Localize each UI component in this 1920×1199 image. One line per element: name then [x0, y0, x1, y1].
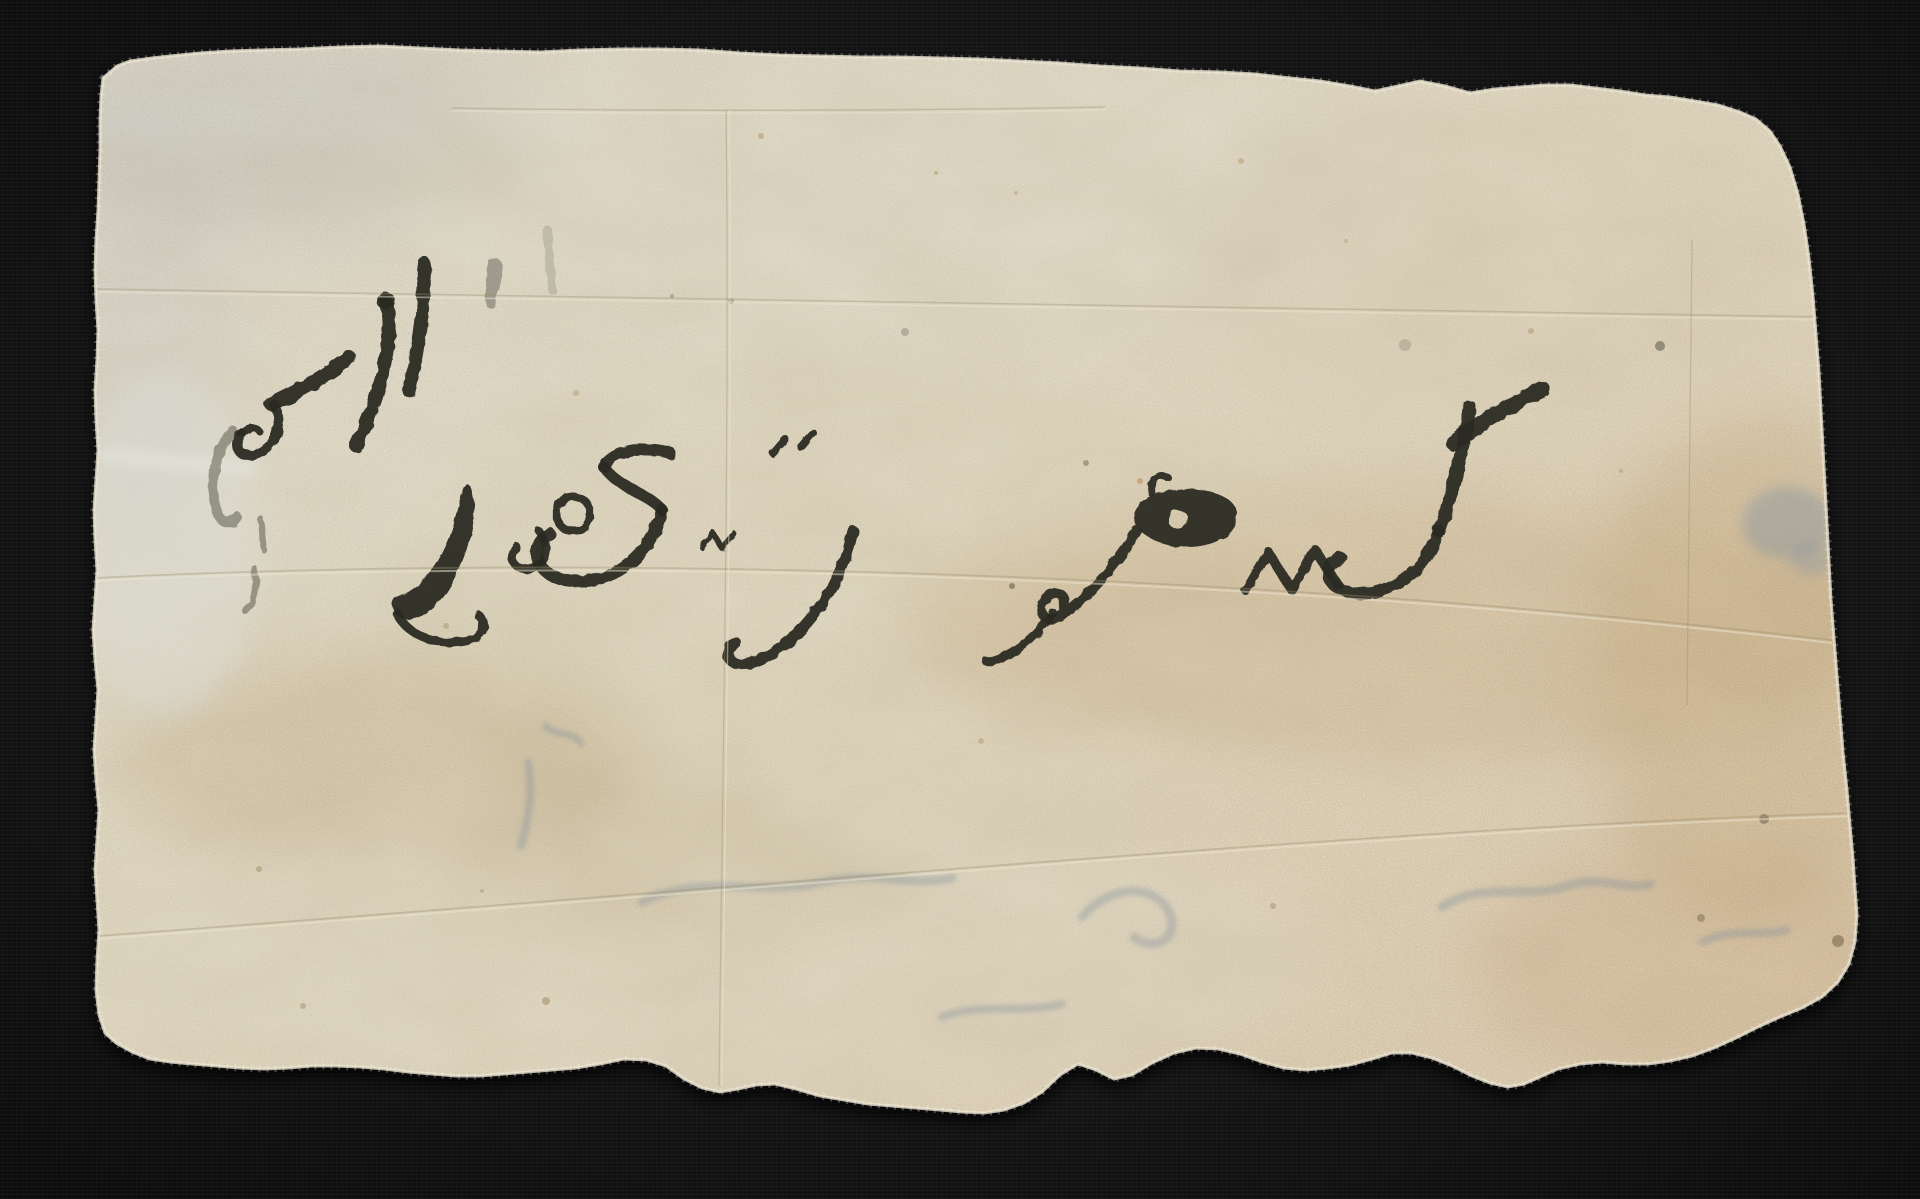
foxing-speck: [670, 294, 674, 298]
foxing-speck: [1528, 328, 1534, 334]
paper-fragment: [40, 30, 1920, 1150]
foxing-speck: [1619, 469, 1623, 473]
foxing-speck: [1697, 914, 1705, 922]
foxing-speck: [542, 997, 550, 1005]
paper-texture-grain: [60, 30, 1880, 1150]
foxing-speck: [978, 738, 984, 744]
foxing-speck: [1399, 339, 1411, 351]
foxing-speck: [443, 623, 449, 629]
foxing-speck: [1344, 239, 1348, 243]
foxing-speck: [1655, 341, 1665, 351]
foxing-speck: [1137, 478, 1143, 484]
foxing-speck: [1832, 935, 1844, 947]
foxing-speck: [1238, 158, 1244, 164]
foxing-speck: [1009, 583, 1015, 589]
foxing-speck: [901, 328, 909, 336]
foxing-speck: [256, 866, 262, 872]
faint-pen-mark: [260, 518, 264, 550]
foxing-speck: [1083, 460, 1089, 466]
manuscript-photo: Aged paper fragment with Arabic calligra…: [0, 0, 1920, 1199]
ink-trace-streak: [547, 230, 552, 290]
foxing-speck: [758, 133, 764, 139]
photograph-stage: Aged paper fragment with Arabic calligra…: [0, 0, 1920, 1199]
foxing-speck: [1270, 903, 1276, 909]
foxing-speck: [1014, 191, 1018, 195]
foxing-speck: [934, 171, 938, 175]
foxing-speck: [300, 1003, 306, 1009]
foxing-speck: [480, 889, 484, 893]
foxing-speck: [573, 390, 579, 396]
